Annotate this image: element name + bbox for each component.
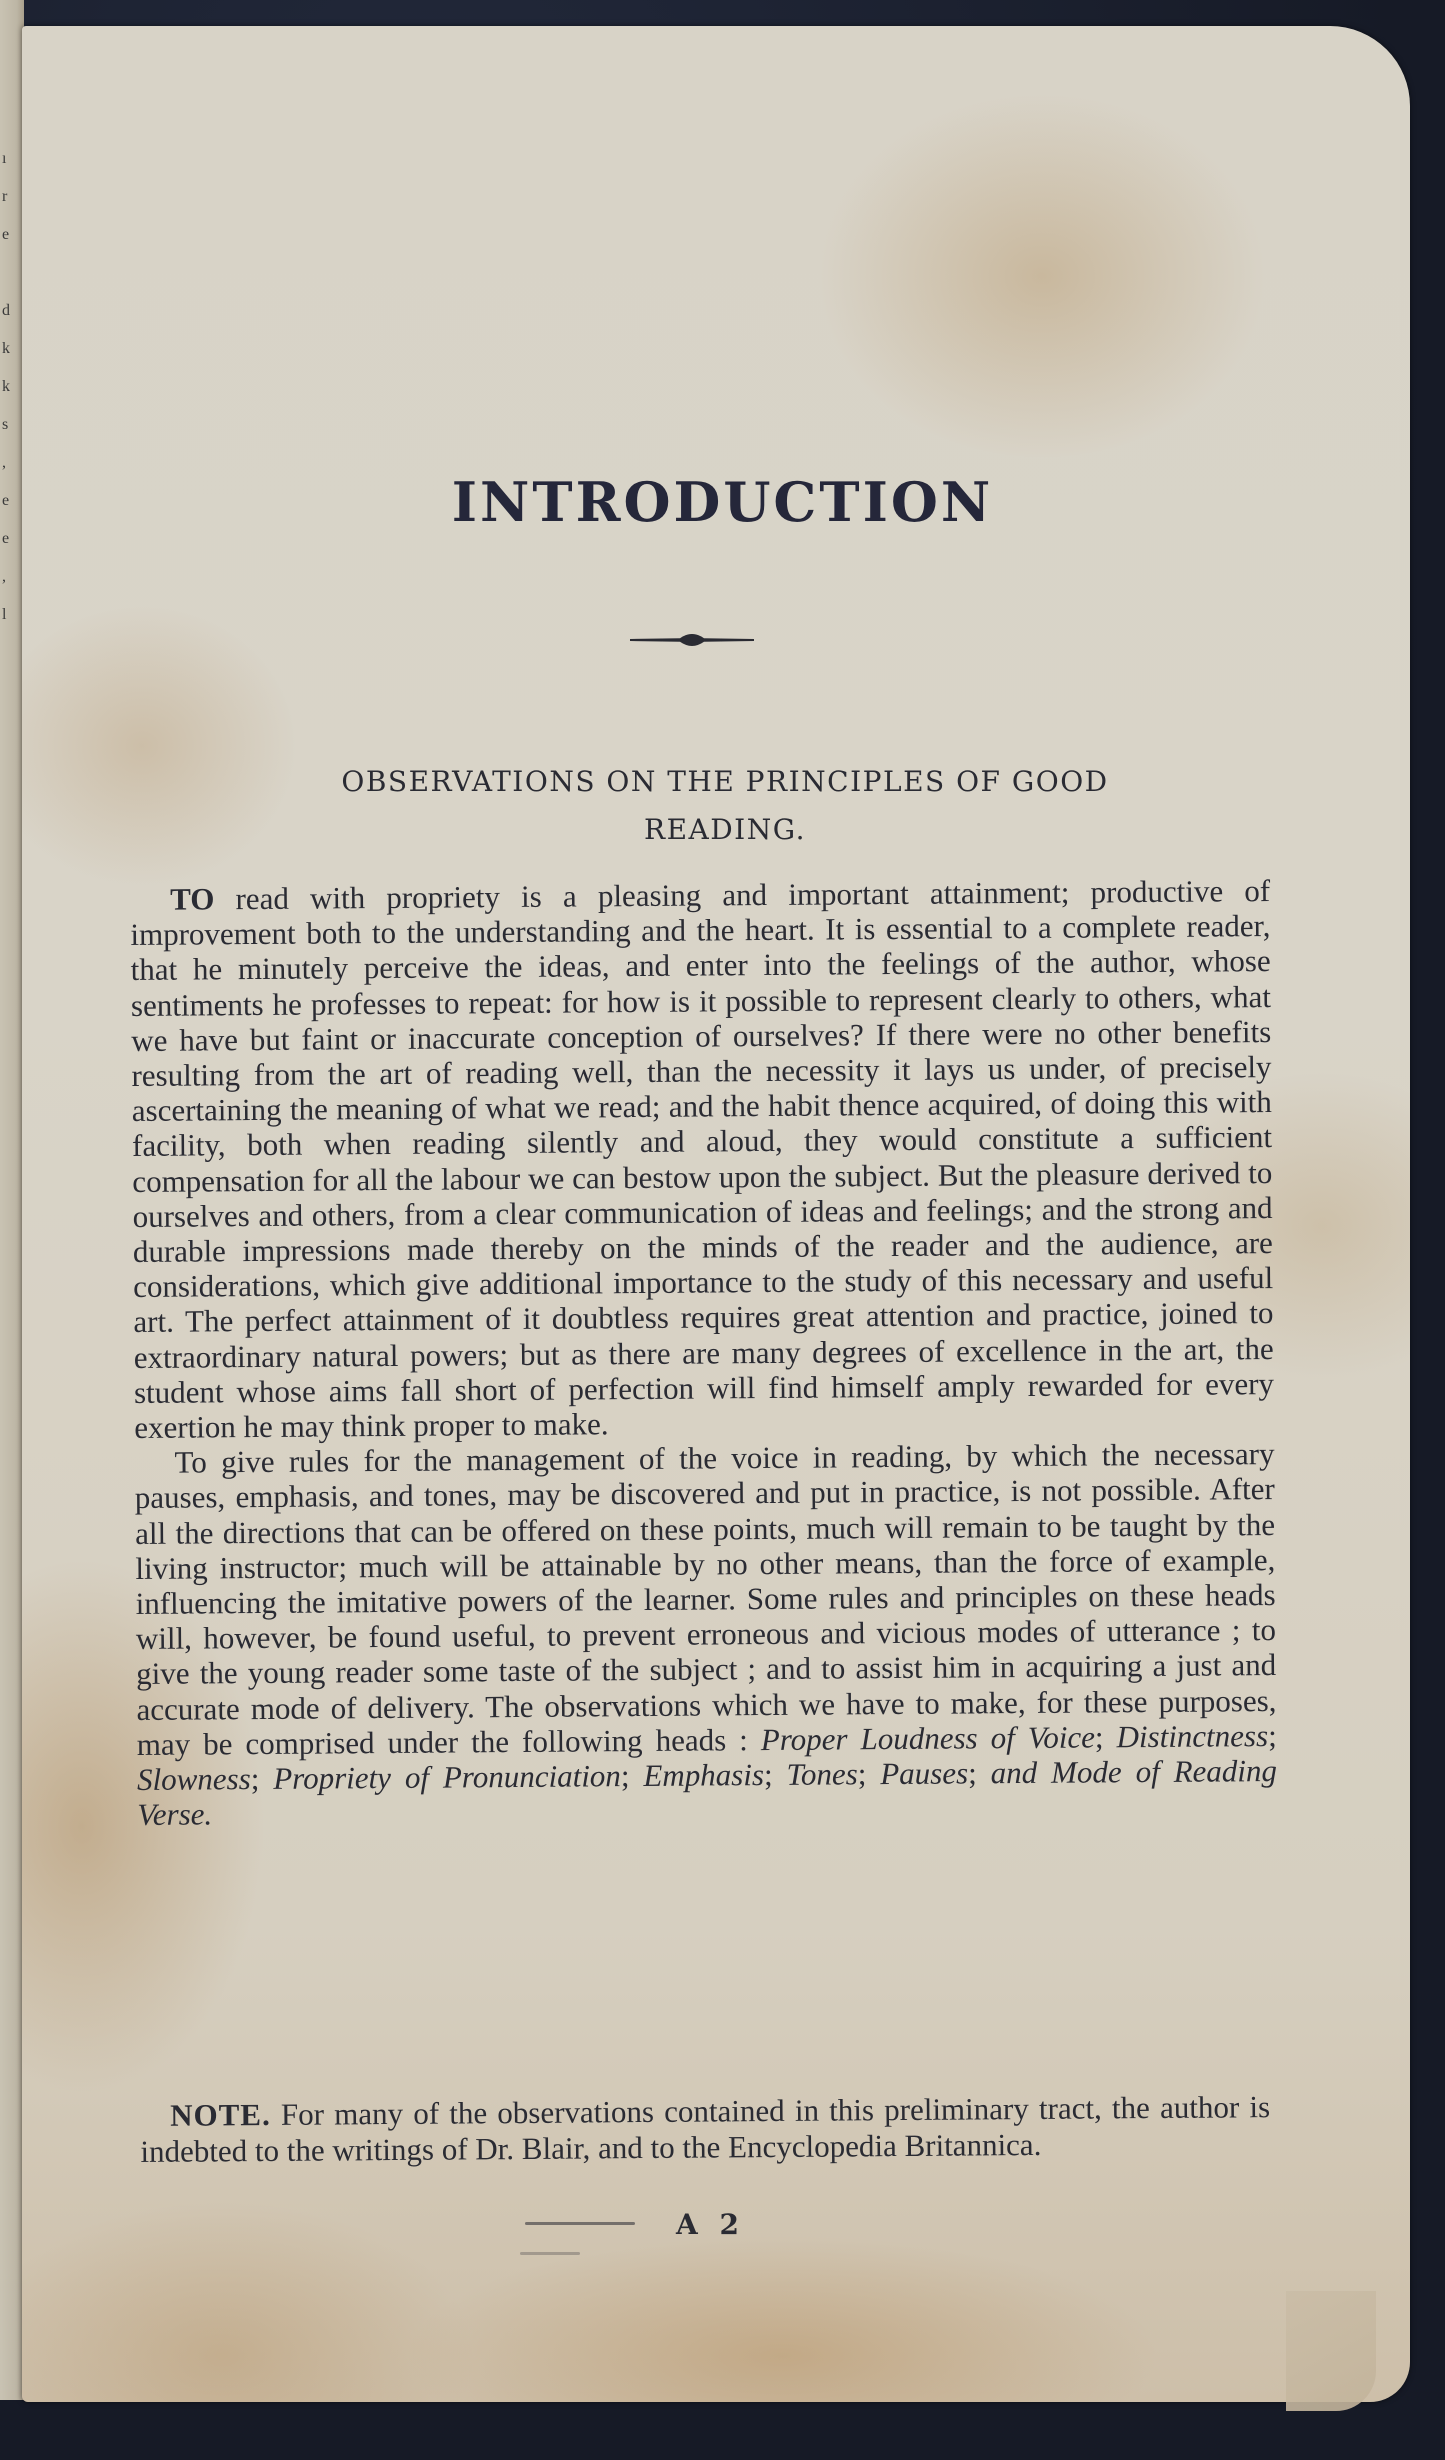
head-slowness: Slowness: [137, 1761, 251, 1797]
section-heading: OBSERVATIONS ON THE PRINCIPLES OF GOOD R…: [180, 758, 1270, 854]
paragraph-2-text: To give rules for the management of the …: [135, 1436, 1277, 1762]
dog-eared-corner: [1286, 2291, 1376, 2411]
head-tones: Tones: [786, 1756, 857, 1792]
head-pronunciation: Propriety of Pronunciation: [273, 1758, 621, 1796]
head-distinctness: Distinctness: [1116, 1718, 1268, 1754]
footnote-text: For many of the observations contained i…: [140, 2089, 1270, 2169]
previous-page-edge: ı r e d k k s , e e , l: [0, 0, 24, 2400]
head-emphasis: Emphasis: [643, 1757, 764, 1793]
signature-mark: A 2: [676, 2208, 745, 2241]
page-title: INTRODUCTION: [0, 470, 1445, 534]
footnote: NOTE. For many of the observations conta…: [140, 2089, 1271, 2170]
previous-page-text-fragments: ı r e d k k s , e e , l: [2, 140, 16, 634]
section-heading-line-2: READING.: [180, 806, 1270, 854]
footnote-paragraph: NOTE. For many of the observations conta…: [140, 2089, 1271, 2170]
rule-ornament-icon: [630, 634, 754, 646]
paragraph-lead-word: TO: [170, 881, 215, 916]
ink-smudge: [525, 2222, 635, 2225]
paragraph-1: TO read with propriety is a pleasing and…: [130, 873, 1274, 1445]
paragraph-1-text: read with propriety is a pleasing and im…: [130, 873, 1274, 1445]
section-heading-line-1: OBSERVATIONS ON THE PRINCIPLES OF GOOD: [180, 758, 1270, 806]
head-pauses: Pauses: [880, 1756, 968, 1792]
footnote-label: NOTE.: [170, 2097, 271, 2133]
ink-smudge: [520, 2252, 580, 2255]
head-loudness: Proper Loudness of Voice: [761, 1719, 1095, 1757]
paragraph-2: To give rules for the management of the …: [134, 1436, 1277, 1832]
body-text: TO read with propriety is a pleasing and…: [130, 873, 1277, 1832]
